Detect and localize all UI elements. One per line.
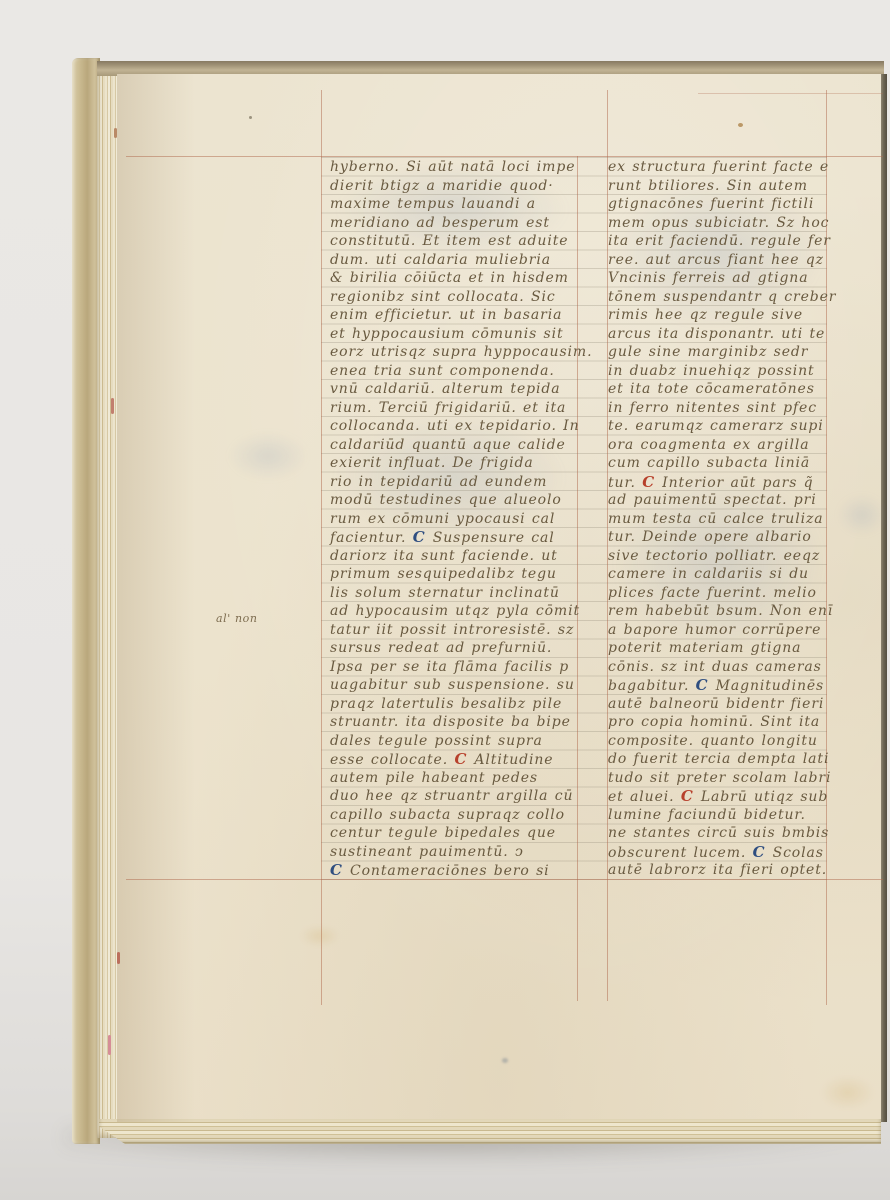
ink-speck	[738, 123, 743, 127]
text-line: enim efficietur. ut in basaria	[330, 306, 582, 325]
text-segment: a bapore humor corrūpere	[608, 622, 821, 638]
text-segment: plices facte fuerint. melio	[608, 585, 817, 601]
text-line: ita erit faciendū. regule fer	[608, 232, 830, 251]
stain	[300, 925, 340, 947]
text-line: ree. aut arcus fiant hee qz	[608, 251, 830, 270]
text-segment: & birilia cōiūcta et in hisdem	[330, 270, 569, 286]
text-segment: sustineant pauimentū. ↄ	[330, 844, 524, 860]
text-segment: enea tria sunt componenda.	[330, 363, 555, 379]
text-line: ne stantes circū suis bmbis	[608, 824, 830, 843]
text-line: gule sine marginibz sedr	[608, 343, 830, 362]
ink-speck	[249, 116, 252, 119]
text-line: lumine faciundū bidetur.	[608, 806, 830, 825]
text-line: struantr. ita disposite ba bipe	[330, 713, 582, 732]
text-segment: Scolas	[773, 845, 824, 861]
text-segment: ad pauimentū spectat. pri	[608, 492, 817, 508]
text-line: collocanda. uti ex tepidario. In	[330, 417, 582, 436]
text-line: mem opus subiciatr. Sz hoc	[608, 214, 830, 233]
text-line: et ita tote cōcameratōnes	[608, 380, 830, 399]
text-line: tur. Deinde opere albario	[608, 528, 830, 547]
marginal-note: al' non	[216, 612, 258, 625]
text-segment: sursus redeat ad prefurniū.	[330, 640, 552, 656]
page-edge-fleck	[108, 1035, 111, 1055]
gutter-shadow	[117, 74, 195, 1122]
text-line: praqz latertulis besalibz pile	[330, 695, 582, 714]
text-segment: camere in caldariis si du	[608, 566, 809, 582]
text-line: rio in tepidariū ad eundem	[330, 473, 582, 492]
text-segment: Magnitudinēs	[716, 678, 825, 694]
page-edge-fleck	[117, 952, 120, 964]
text-segment: lumine faciundū bidetur.	[608, 807, 806, 823]
text-line: uagabitur sub suspensione. su	[330, 676, 582, 695]
text-segment: tudo sit preter scolam labri	[608, 770, 831, 786]
text-line: composite. quanto longitu	[608, 732, 830, 751]
text-line: dariorz ita sunt faciende. ut	[330, 547, 582, 566]
text-line: sursus redeat ad prefurniū.	[330, 639, 582, 658]
text-line: exierit influat. De frigida	[330, 454, 582, 473]
paragraph-mark: C	[642, 473, 662, 491]
text-line: rimis hee qz regule sive	[608, 306, 830, 325]
text-column-left: hyberno. Si aūt natā loci impedierit bti…	[330, 158, 582, 880]
text-line: plices facte fuerint. melio	[608, 584, 830, 603]
text-segment: rio in tepidariū ad eundem	[330, 474, 547, 490]
text-line: primum sesquipedalibz tegu	[330, 565, 582, 584]
text-line: modū testudines que alueolo	[330, 491, 582, 510]
show-through	[838, 495, 886, 535]
text-segment: uagabitur sub suspensione. su	[330, 677, 575, 693]
text-segment: primum sesquipedalibz tegu	[330, 566, 557, 582]
text-segment: dum. uti caldaria muliebria	[330, 252, 551, 268]
text-segment: tatur iit possit introresistē. sz	[330, 622, 574, 638]
text-segment: in ferro nitentes sint pfec	[608, 400, 817, 416]
text-line: cōnis. sz int duas cameras	[608, 658, 830, 677]
text-line: tatur iit possit introresistē. sz	[330, 621, 582, 640]
text-line: do fuerit tercia dempta lati	[608, 750, 830, 769]
text-segment: tur.	[608, 475, 642, 491]
text-segment: ree. aut arcus fiant hee qz	[608, 252, 824, 268]
text-segment: ad hypocausim utqz pyla cōmit	[330, 603, 580, 619]
smudge	[502, 1058, 508, 1063]
text-line: et hyppocausium cōmunis sit	[330, 325, 582, 344]
text-segment: rium. Terciū frigidariū. et ita	[330, 400, 566, 416]
text-line: dales tegule possint supra	[330, 732, 582, 751]
text-segment: dales tegule possint supra	[330, 733, 543, 749]
text-segment: lis solum sternatur inclinatū	[330, 585, 560, 601]
text-segment: ita erit faciendū. regule fer	[608, 233, 831, 249]
text-segment: Ipsa per se ita flāma facilis p	[330, 659, 569, 675]
text-segment: composite. quanto longitu	[608, 733, 818, 749]
text-segment: gule sine marginibz sedr	[608, 344, 808, 360]
paragraph-mark: C	[454, 750, 474, 768]
text-segment: exierit influat. De frigida	[330, 455, 534, 471]
text-segment: ora coagmenta ex argilla	[608, 437, 810, 453]
text-segment: et ita tote cōcameratōnes	[608, 381, 815, 397]
frame-line-top	[126, 156, 883, 157]
text-line: meridiano ad besperum est	[330, 214, 582, 233]
text-line: mum testa cū calce truliza	[608, 510, 830, 529]
text-segment: rum ex cōmuni ypocausi cal	[330, 511, 555, 527]
text-segment: rimis hee qz regule sive	[608, 307, 803, 323]
text-column-right: ex structura fuerint facte erunt btilior…	[608, 158, 830, 880]
paragraph-mark: C	[413, 528, 433, 546]
text-segment: gtignacōnes fuerint fictili	[608, 196, 814, 212]
stain	[820, 1075, 875, 1110]
text-line: enea tria sunt componenda.	[330, 362, 582, 381]
text-line: bagabitur. C Magnitudinēs	[608, 676, 830, 695]
text-line: & birilia cōiūcta et in hisdem	[330, 269, 582, 288]
paragraph-mark: C	[681, 787, 701, 805]
text-line: ex structura fuerint facte e	[608, 158, 830, 177]
text-line: capillo subacta supraqz collo	[330, 806, 582, 825]
text-line: arcus ita disponantr. uti te	[608, 325, 830, 344]
text-segment: autem pile habeant pedes	[330, 770, 538, 786]
text-segment: dierit btigz a maridie quod·	[330, 178, 554, 194]
text-segment: obscurent lucem.	[608, 845, 753, 861]
page-edge-fleck	[114, 128, 117, 138]
text-segment: Vncinis ferreis ad gtigna	[608, 270, 808, 286]
text-line: facientur. C Suspensure cal	[330, 528, 582, 547]
text-segment: Interior aūt pars q̃	[662, 475, 813, 491]
text-line: sustineant pauimentū. ↄ	[330, 843, 582, 862]
text-segment: runt btiliores. Sin autem	[608, 178, 808, 194]
text-line: camere in caldariis si du	[608, 565, 830, 584]
text-segment: eorz utrisqz supra hyppocausim.	[330, 344, 592, 360]
text-line: autem pile habeant pedes	[330, 769, 582, 788]
frame-line-top-margin	[698, 93, 883, 94]
text-segment: et hyppocausium cōmunis sit	[330, 326, 564, 342]
text-segment: collocanda. uti ex tepidario. In	[330, 418, 580, 434]
text-line: centur tegule bipedales que	[330, 824, 582, 843]
text-line: dierit btigz a maridie quod·	[330, 177, 582, 196]
text-line: ora coagmenta ex argilla	[608, 436, 830, 455]
text-segment: regionibz sint collocata. Sic	[330, 289, 556, 305]
text-line: maxime tempus lauandi a	[330, 195, 582, 214]
text-segment: Labrū utiqz sub	[701, 789, 828, 805]
text-segment: caldariūd quantū aque calide	[330, 437, 566, 453]
text-line: dum. uti caldaria muliebria	[330, 251, 582, 270]
text-line: a bapore humor corrūpere	[608, 621, 830, 640]
text-line: Vncinis ferreis ad gtigna	[608, 269, 830, 288]
text-segment: Suspensure cal	[433, 530, 555, 546]
show-through	[228, 432, 308, 480]
text-segment: facientur.	[330, 530, 413, 546]
text-segment: Contameraciōnes bero si	[350, 863, 550, 879]
text-line: rum ex cōmuni ypocausi cal	[330, 510, 582, 529]
text-line: duo hee qz struantr argilla cū	[330, 787, 582, 806]
text-segment: mem opus subiciatr. Sz hoc	[608, 215, 829, 231]
text-segment: duo hee qz struantr argilla cū	[330, 788, 573, 804]
text-line: autē labrorz ita fieri optet.	[608, 861, 830, 880]
text-segment: bagabitur.	[608, 678, 696, 694]
paragraph-mark: C	[330, 861, 350, 879]
paragraph-mark: C	[753, 843, 773, 861]
text-line: regionibz sint collocata. Sic	[330, 288, 582, 307]
ruling-vertical-left	[321, 90, 322, 1005]
text-line: cum capillo subacta liniā	[608, 454, 830, 473]
text-line: ad pauimentū spectat. pri	[608, 491, 830, 510]
text-segment: cum capillo subacta liniā	[608, 455, 810, 471]
text-line: lis solum sternatur inclinatū	[330, 584, 582, 603]
text-segment: in duabz inuehiqz possint	[608, 363, 815, 379]
text-segment: poterit materiam gtigna	[608, 640, 801, 656]
text-line: esse collocate. C Altitudine	[330, 750, 582, 769]
text-line: gtignacōnes fuerint fictili	[608, 195, 830, 214]
text-segment: esse collocate.	[330, 752, 454, 768]
text-segment: ne stantes circū suis bmbis	[608, 825, 829, 841]
text-line: eorz utrisqz supra hyppocausim.	[330, 343, 582, 362]
text-segment: dariorz ita sunt faciende. ut	[330, 548, 558, 564]
text-segment: mum testa cū calce truliza	[608, 511, 824, 527]
text-line: in duabz inuehiqz possint	[608, 362, 830, 381]
text-segment: enim efficietur. ut in basaria	[330, 307, 562, 323]
text-line: runt btiliores. Sin autem	[608, 177, 830, 196]
text-segment: autē balneorū bidentr fieri	[608, 696, 824, 712]
text-line: rium. Terciū frigidariū. et ita	[330, 399, 582, 418]
text-segment: constitutū. Et item est aduite	[330, 233, 568, 249]
text-segment: vnū caldariū. alterum tepida	[330, 381, 560, 397]
text-line: rem habebūt bsum. Non enī	[608, 602, 830, 621]
text-segment: centur tegule bipedales que	[330, 825, 556, 841]
page-edge-fleck	[111, 398, 114, 414]
text-line: tōnem suspendantr q creber	[608, 288, 830, 307]
text-segment: maxime tempus lauandi a	[330, 196, 536, 212]
book-bottom-edge	[99, 1119, 881, 1144]
text-line: autē balneorū bidentr fieri	[608, 695, 830, 714]
text-line: ad hypocausim utqz pyla cōmit	[330, 602, 582, 621]
text-segment: cōnis. sz int duas cameras	[608, 659, 822, 675]
text-line: et aluei. C Labrū utiqz sub	[608, 787, 830, 806]
text-line: tur. C Interior aūt pars q̃	[608, 473, 830, 492]
book-cover-edge	[72, 58, 100, 1144]
text-segment: te. earumqz camerarz supi	[608, 418, 824, 434]
text-line: poterit materiam gtigna	[608, 639, 830, 658]
text-line: tudo sit preter scolam labri	[608, 769, 830, 788]
text-segment: hyberno. Si aūt natā loci impe	[330, 159, 575, 175]
text-line: constitutū. Et item est aduite	[330, 232, 582, 251]
text-line: caldariūd quantū aque calide	[330, 436, 582, 455]
text-line: hyberno. Si aūt natā loci impe	[330, 158, 582, 177]
text-line: te. earumqz camerarz supi	[608, 417, 830, 436]
text-segment: meridiano ad besperum est	[330, 215, 550, 231]
text-segment: et aluei.	[608, 789, 681, 805]
text-segment: arcus ita disponantr. uti te	[608, 326, 825, 342]
text-line: Ipsa per se ita flāma facilis p	[330, 658, 582, 677]
text-segment: pro copia hominū. Sint ita	[608, 714, 820, 730]
text-segment: struantr. ita disposite ba bipe	[330, 714, 571, 730]
text-segment: rem habebūt bsum. Non enī	[608, 603, 833, 619]
text-segment: tōnem suspendantr q creber	[608, 289, 836, 305]
text-segment: capillo subacta supraqz collo	[330, 807, 565, 823]
paragraph-mark: C	[696, 676, 716, 694]
text-line: vnū caldariū. alterum tepida	[330, 380, 582, 399]
text-segment: modū testudines que alueolo	[330, 492, 562, 508]
text-segment: Altitudine	[474, 752, 553, 768]
text-segment: tur. Deinde opere albario	[608, 529, 812, 545]
text-line: C Contameraciōnes bero si	[330, 861, 582, 880]
text-line: obscurent lucem. C Scolas	[608, 843, 830, 862]
text-line: sive tectorio polliatr. eeqz	[608, 547, 830, 566]
text-segment: praqz latertulis besalibz pile	[330, 696, 562, 712]
text-segment: sive tectorio polliatr. eeqz	[608, 548, 820, 564]
text-line: in ferro nitentes sint pfec	[608, 399, 830, 418]
text-segment: autē labrorz ita fieri optet.	[608, 862, 827, 878]
text-line: pro copia hominū. Sint ita	[608, 713, 830, 732]
book-fore-edge	[881, 74, 887, 1122]
photo-backdrop: hyberno. Si aūt natā loci impedierit bti…	[0, 0, 890, 1200]
text-segment: do fuerit tercia dempta lati	[608, 751, 829, 767]
text-segment: ex structura fuerint facte e	[608, 159, 829, 175]
